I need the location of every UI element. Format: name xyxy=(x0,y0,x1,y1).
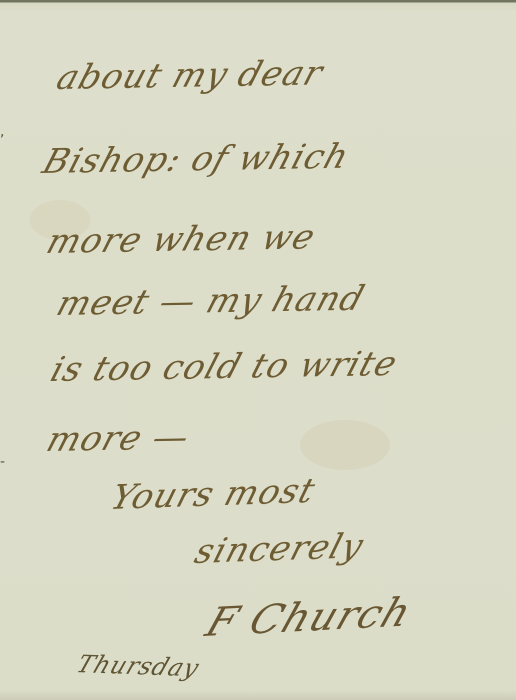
paper-stain xyxy=(300,420,390,470)
letter-line: more — xyxy=(42,418,195,460)
margin-mark: - xyxy=(0,454,5,470)
margin-mark: , xyxy=(0,124,4,140)
closing-line: Yours most xyxy=(106,471,320,518)
date-note: Thursday xyxy=(73,650,204,682)
letter-page: , - about my dear Bishop: of which more … xyxy=(0,0,516,700)
letter-line: meet — my hand xyxy=(52,279,370,324)
closing-line: sincerely xyxy=(190,526,368,572)
paper-bottom-edge xyxy=(0,690,516,700)
signature: F Church xyxy=(200,590,418,646)
letter-line: about my dear xyxy=(52,53,328,98)
letter-line: more when we xyxy=(42,217,321,262)
letter-line: is too cold to write xyxy=(46,344,403,390)
letter-line: Bishop: of which xyxy=(38,137,354,182)
